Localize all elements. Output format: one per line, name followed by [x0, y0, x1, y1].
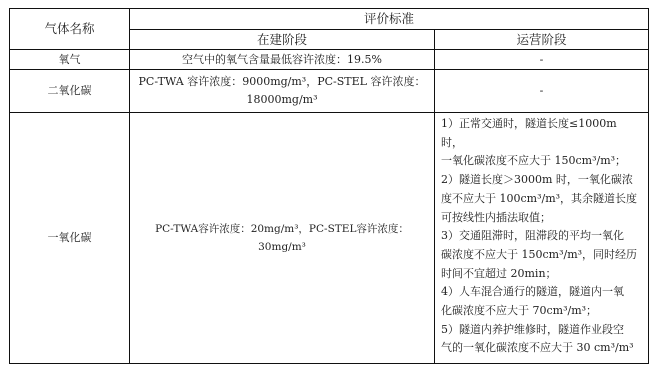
header-gas-name: 气体名称: [10, 9, 130, 50]
header-operation-stage: 运营阶段: [435, 30, 649, 50]
operation-line: 可按线性内插法取值；: [441, 209, 642, 228]
operation-line: 2）隧道长度＞3000m 时，一氧化碳浓: [441, 171, 642, 190]
table-row-oxygen: 氧气 空气中的氧气含量最低容许浓度：19.5% -: [10, 50, 649, 70]
operation-line: 1）正常交通时，隧道长度≤1000m 时，: [441, 115, 642, 152]
gas-criteria-table: 气体名称 评价标准 在建阶段 运营阶段 氧气 空气中的氧气含量最低容许浓度：19…: [9, 8, 649, 364]
operation-line: 一氧化碳浓度不应大于 150cm³/m³；: [441, 152, 642, 171]
operation-cell: -: [435, 50, 649, 70]
construction-line: 18000mg/m³: [134, 91, 430, 109]
operation-line: 3）交通阻滞时，阻滞段的平均一氧化: [441, 227, 642, 246]
table-row-co2: 二氧化碳 PC-TWA 容许浓度：9000mg/m³，PC-STEL 容许浓度：…: [10, 70, 649, 113]
gas-cell: 氧气: [10, 50, 130, 70]
construction-cell: PC-TWA容许浓度：20mg/m³，PC-STEL容许浓度：30mg/m³: [130, 113, 435, 364]
table-row-co: 一氧化碳 PC-TWA容许浓度：20mg/m³，PC-STEL容许浓度：30mg…: [10, 113, 649, 364]
construction-cell: 空气中的氧气含量最低容许浓度：19.5%: [130, 50, 435, 70]
gas-cell: 一氧化碳: [10, 113, 130, 364]
operation-line: 5）隧道内养护维修时，隧道作业段空: [441, 321, 642, 340]
construction-cell: PC-TWA 容许浓度：9000mg/m³，PC-STEL 容许浓度： 1800…: [130, 70, 435, 113]
construction-line: PC-TWA 容许浓度：9000mg/m³，PC-STEL 容许浓度：: [134, 73, 430, 91]
operation-line: 碳浓度不应大于 150cm³/m³，同时经历: [441, 246, 642, 265]
gas-cell: 二氧化碳: [10, 70, 130, 113]
operation-cell: -: [435, 70, 649, 113]
operation-line: 时间不宜超过 20min；: [441, 265, 642, 284]
operation-line: 度不应大于 100cm³/m³，其余隧道长度: [441, 190, 642, 209]
header-criteria: 评价标准: [130, 9, 649, 30]
header-construction-stage: 在建阶段: [130, 30, 435, 50]
operation-cell: 1）正常交通时，隧道长度≤1000m 时， 一氧化碳浓度不应大于 150cm³/…: [435, 113, 649, 364]
operation-line: 化碳浓度不应大于 70cm³/m³；: [441, 302, 642, 321]
operation-line: 4）人车混合通行的隧道，隧道内一氧: [441, 283, 642, 302]
operation-line: 气的一氧化碳浓度不应大于 30 cm³/m³: [441, 339, 642, 358]
header-row-1: 气体名称 评价标准: [10, 9, 649, 30]
